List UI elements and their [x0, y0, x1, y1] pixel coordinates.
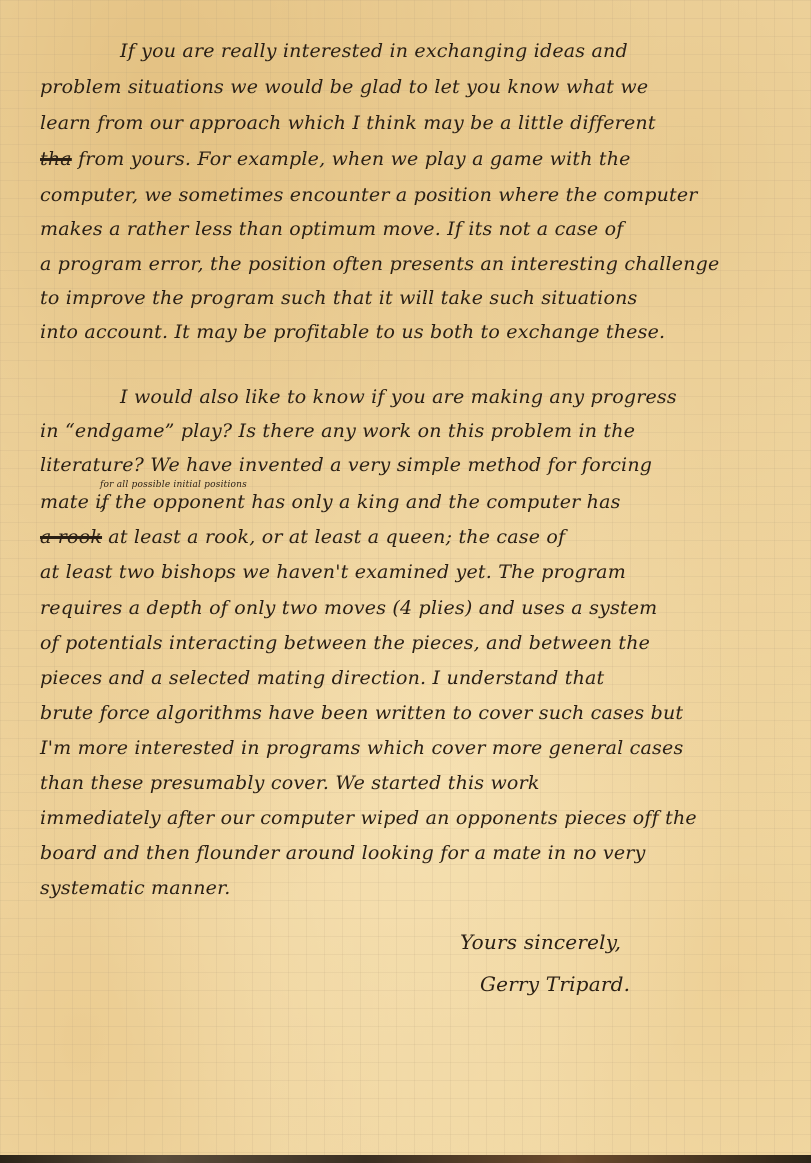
p1-line-2: problem situations we would be glad to l… [40, 76, 648, 98]
p1-line-4: tha from yours. For example, when we pla… [40, 148, 631, 170]
struck-phrase: a rook [40, 526, 102, 548]
signature: Gerry Tripard. [480, 972, 630, 996]
p2-line-12: than these presumably cover. We started … [40, 772, 540, 794]
p1-line-7: a program error, the position often pres… [40, 253, 719, 275]
p2-line-5: a rook at least a rook, or at least a qu… [40, 526, 565, 548]
inserted-annotation: for all possible initial positions [100, 480, 247, 490]
p2-line-7: requires a depth of only two moves (4 pl… [40, 597, 657, 619]
p2-line-1: I would also like to know if you are mak… [120, 386, 677, 408]
closing-salutation: Yours sincerely, [460, 930, 621, 954]
p2-line-13: immediately after our computer wiped an … [40, 807, 697, 829]
p2-line-15: systematic manner. [40, 877, 231, 899]
p1-line-9: into account. It may be profitable to us… [40, 321, 665, 343]
p2-line-10: brute force algorithms have been written… [40, 702, 683, 724]
p1-line-6: makes a rather less than optimum move. I… [40, 218, 623, 240]
struck-word: tha [40, 148, 72, 170]
p2-line-5-text: at least a rook, or at least a queen; th… [108, 526, 565, 548]
p2-line-12-text: than these presumably cover. We started … [40, 772, 540, 794]
p1-line-8: to improve the program such that it will… [40, 287, 637, 309]
p2-line-9: pieces and a selected mating direction. … [40, 667, 604, 689]
p1-line-5: computer, we sometimes encounter a posit… [40, 184, 698, 206]
p1-line-4-text: from yours. For example, when we play a … [78, 148, 631, 170]
p2-line-4: mate if the opponent has only a king and… [40, 491, 621, 513]
p2-line-8: of potentials interacting between the pi… [40, 632, 650, 654]
scan-edge [0, 1155, 811, 1163]
p2-line-3: literature? We have invented a very simp… [40, 454, 652, 476]
p2-line-14: board and then flounder around looking f… [40, 842, 646, 864]
p2-line-2: in “endgame” play? Is there any work on … [40, 420, 635, 442]
p2-line-6: at least two bishops we haven't examined… [40, 561, 626, 583]
p1-line-1: If you are really interested in exchangi… [120, 40, 628, 62]
letter-page: If you are really interested in exchangi… [0, 0, 811, 1155]
p1-line-3: learn from our approach which I think ma… [40, 112, 656, 134]
p2-line-11: I'm more interested in programs which co… [40, 737, 683, 759]
